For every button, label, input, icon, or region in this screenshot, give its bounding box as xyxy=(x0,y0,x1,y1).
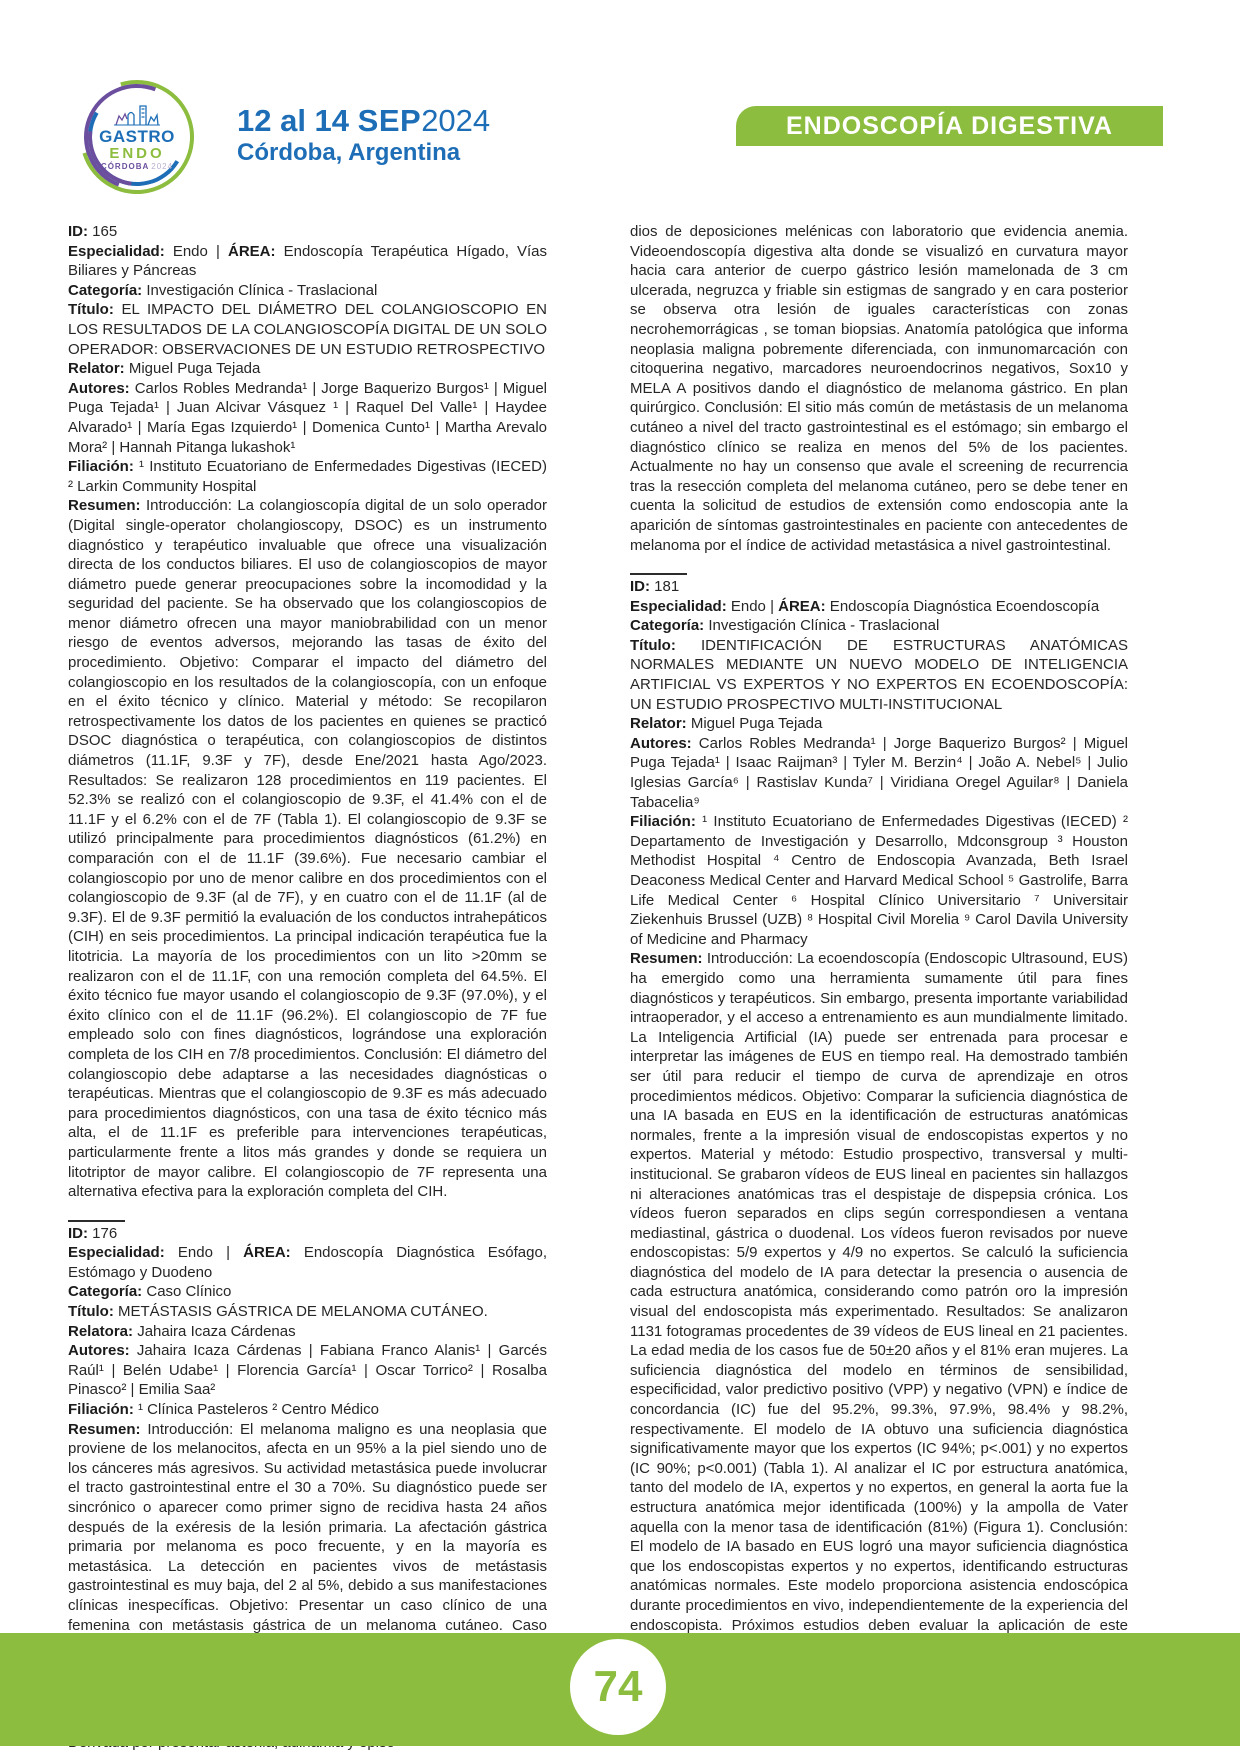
field-label: Especialidad: xyxy=(630,598,727,615)
event-date-block: 12 al 14 SEP2024 Córdoba, Argentina xyxy=(237,104,490,168)
field-label: ÁREA: xyxy=(228,243,276,260)
section-banner-label: ENDOSCOPÍA DIGESTIVA xyxy=(786,112,1113,141)
abstract-paragraph: ID: 165 xyxy=(68,222,547,242)
footer-band: 74 xyxy=(0,1633,1240,1746)
field-text: EL IMPACTO DEL DIÁMETRO DEL COLANGIOSCOP… xyxy=(68,301,547,357)
abstract-paragraph: Resumen: Introducción: La ecoendoscopía … xyxy=(630,949,1128,1654)
logo-text-cordoba: CÓRDOBA2024 xyxy=(101,162,173,172)
abstract-paragraph: Autores: Carlos Robles Medranda¹ | Jorge… xyxy=(630,734,1128,812)
abstract-paragraph: Resumen: Introducción: La colangioscopía… xyxy=(68,496,547,1201)
page-number: 74 xyxy=(594,1662,643,1712)
abstract-165: ID: 165Especialidad: Endo | ÁREA: Endosc… xyxy=(68,222,547,1202)
abstract-book-page: { "header": { "logo": {"line1": "GASTRO"… xyxy=(0,0,1240,1754)
field-text: Miguel Puga Tejada xyxy=(687,715,823,732)
abstract-paragraph: Título: EL IMPACTO DEL DIÁMETRO DEL COLA… xyxy=(68,300,547,359)
abstract-paragraph: Filiación: ¹ Instituto Ecuatoriano de En… xyxy=(68,457,547,496)
field-label: Especialidad: xyxy=(68,1244,165,1261)
abstract-paragraph: Categoría: Investigación Clínica - Trasl… xyxy=(68,281,547,301)
logo-city: CÓRDOBA xyxy=(101,162,149,171)
field-text: Investigación Clínica - Traslacional xyxy=(142,282,377,299)
abstract-paragraph: Filiación: ¹ Clínica Pasteleros ² Centro… xyxy=(68,1400,547,1420)
field-label: Título: xyxy=(68,1303,114,1320)
field-label: ID: xyxy=(68,223,88,240)
field-text: METÁSTASIS GÁSTRICA DE MELANOMA CUTÁNEO. xyxy=(114,1303,488,1320)
field-label: Autores: xyxy=(68,1342,130,1359)
abstract-paragraph: Filiación: ¹ Instituto Ecuatoriano de En… xyxy=(630,812,1128,949)
abstract-paragraph: Autores: Jahaira Icaza Cárdenas | Fabian… xyxy=(68,1341,547,1400)
abstract-paragraph: Relator: Miguel Puga Tejada xyxy=(68,359,547,379)
abstract-176-continuation: dios de deposiciones melénicas con labor… xyxy=(630,222,1128,555)
logo-year: 2024 xyxy=(151,162,173,171)
field-label: Categoría: xyxy=(68,1283,142,1300)
field-text: Endo | xyxy=(727,598,778,615)
field-label: Autores: xyxy=(630,735,692,752)
city-skyline-icon xyxy=(114,101,160,127)
abstract-181: ID: 181Especialidad: Endo | ÁREA: Endosc… xyxy=(630,577,1128,1655)
field-label: Resumen: xyxy=(68,497,141,514)
field-text: Jahaira Icaza Cárdenas xyxy=(133,1323,296,1340)
logo-text-gastro: GASTRO xyxy=(99,128,175,145)
field-text: dios de deposiciones melénicas con labor… xyxy=(630,223,1128,554)
field-label: Filiación: xyxy=(68,1401,134,1418)
abstract-paragraph: Categoría: Caso Clínico xyxy=(68,1282,547,1302)
field-text: Investigación Clínica - Traslacional xyxy=(704,617,939,634)
field-text: Miguel Puga Tejada xyxy=(125,360,261,377)
left-column: ID: 165Especialidad: Endo | ÁREA: Endosc… xyxy=(68,222,547,1753)
field-label: Relator: xyxy=(68,360,125,377)
field-label: Categoría: xyxy=(68,282,142,299)
abstract-paragraph: Relator: Miguel Puga Tejada xyxy=(630,714,1128,734)
field-text: Endo | xyxy=(165,243,228,260)
abstract-paragraph: Título: METÁSTASIS GÁSTRICA DE MELANOMA … xyxy=(68,1302,547,1322)
field-text: Endoscopía Diagnóstica Ecoendoscopía xyxy=(826,598,1100,615)
abstract-paragraph: Autores: Carlos Robles Medranda¹ | Jorge… xyxy=(68,379,547,457)
field-text: 176 xyxy=(88,1225,117,1242)
abstract-paragraph: ID: 176 xyxy=(68,1224,547,1244)
abstract-paragraph: Especialidad: Endo | ÁREA: Endoscopía Di… xyxy=(630,597,1128,617)
field-label: Filiación: xyxy=(68,458,134,475)
field-text: 181 xyxy=(650,578,679,595)
field-label: Resumen: xyxy=(68,1421,141,1438)
abstract-paragraph: Categoría: Investigación Clínica - Trasl… xyxy=(630,616,1128,636)
field-text: Introducción: La colangioscopía digital … xyxy=(68,497,547,1200)
field-text: ¹ Instituto Ecuatoriano de Enfermedades … xyxy=(68,458,547,495)
field-text: Introducción: La ecoendoscopía (Endoscop… xyxy=(630,950,1128,1653)
abstract-divider xyxy=(630,573,687,575)
field-text: ¹ Instituto Ecuatoriano de Enfermedades … xyxy=(630,813,1128,948)
abstract-paragraph: dios de deposiciones melénicas con labor… xyxy=(630,222,1128,555)
section-banner: ENDOSCOPÍA DIGESTIVA xyxy=(736,106,1163,146)
date-days: 12 al 14 xyxy=(237,103,358,138)
field-text: Carlos Robles Medranda¹ | Jorge Baqueriz… xyxy=(630,735,1128,811)
field-text: 165 xyxy=(88,223,117,240)
field-label: ÁREA: xyxy=(243,1244,291,1261)
field-label: Especialidad: xyxy=(68,243,165,260)
field-text: IDENTIFICACIÓN DE ESTRUCTURAS ANATÓMICAS… xyxy=(630,637,1128,713)
congress-logo: GASTRO ENDO CÓRDOBA2024 xyxy=(80,80,194,194)
abstract-paragraph: Título: IDENTIFICACIÓN DE ESTRUCTURAS AN… xyxy=(630,636,1128,714)
field-label: Relatora: xyxy=(68,1323,133,1340)
field-label: Título: xyxy=(630,637,676,654)
page-number-badge: 74 xyxy=(570,1639,666,1735)
field-label: ID: xyxy=(630,578,650,595)
event-location: Córdoba, Argentina xyxy=(237,139,490,168)
logo-text-endo: ENDO xyxy=(109,145,164,162)
date-year: 2024 xyxy=(421,103,490,138)
field-text: Carlos Robles Medranda¹ | Jorge Baqueriz… xyxy=(68,380,547,456)
field-label: Categoría: xyxy=(630,617,704,634)
abstract-paragraph: Especialidad: Endo | ÁREA: Endoscopía Te… xyxy=(68,242,547,281)
page-background: GASTRO ENDO CÓRDOBA2024 12 al 14 SEP2024… xyxy=(0,0,1240,1754)
field-text: ¹ Clínica Pasteleros ² Centro Médico xyxy=(134,1401,379,1418)
field-text: Endo | xyxy=(165,1244,243,1261)
field-text: Caso Clínico xyxy=(142,1283,231,1300)
date-month: SEP xyxy=(358,103,422,138)
abstract-divider xyxy=(68,1220,125,1222)
logo-inner: GASTRO ENDO CÓRDOBA2024 xyxy=(90,90,184,184)
abstract-paragraph: Especialidad: Endo | ÁREA: Endoscopía Di… xyxy=(68,1243,547,1282)
abstract-paragraph: Relatora: Jahaira Icaza Cárdenas xyxy=(68,1322,547,1342)
field-text: Jahaira Icaza Cárdenas | Fabiana Franco … xyxy=(68,1342,547,1398)
field-label: ID: xyxy=(68,1225,88,1242)
abstract-paragraph: ID: 181 xyxy=(630,577,1128,597)
field-label: Título: xyxy=(68,301,114,318)
right-column: dios de deposiciones melénicas con labor… xyxy=(630,222,1128,1655)
field-label: Autores: xyxy=(68,380,130,397)
field-label: Filiación: xyxy=(630,813,696,830)
field-label: Relator: xyxy=(630,715,687,732)
field-label: Resumen: xyxy=(630,950,703,967)
event-date: 12 al 14 SEP2024 xyxy=(237,104,490,138)
field-label: ÁREA: xyxy=(778,598,826,615)
